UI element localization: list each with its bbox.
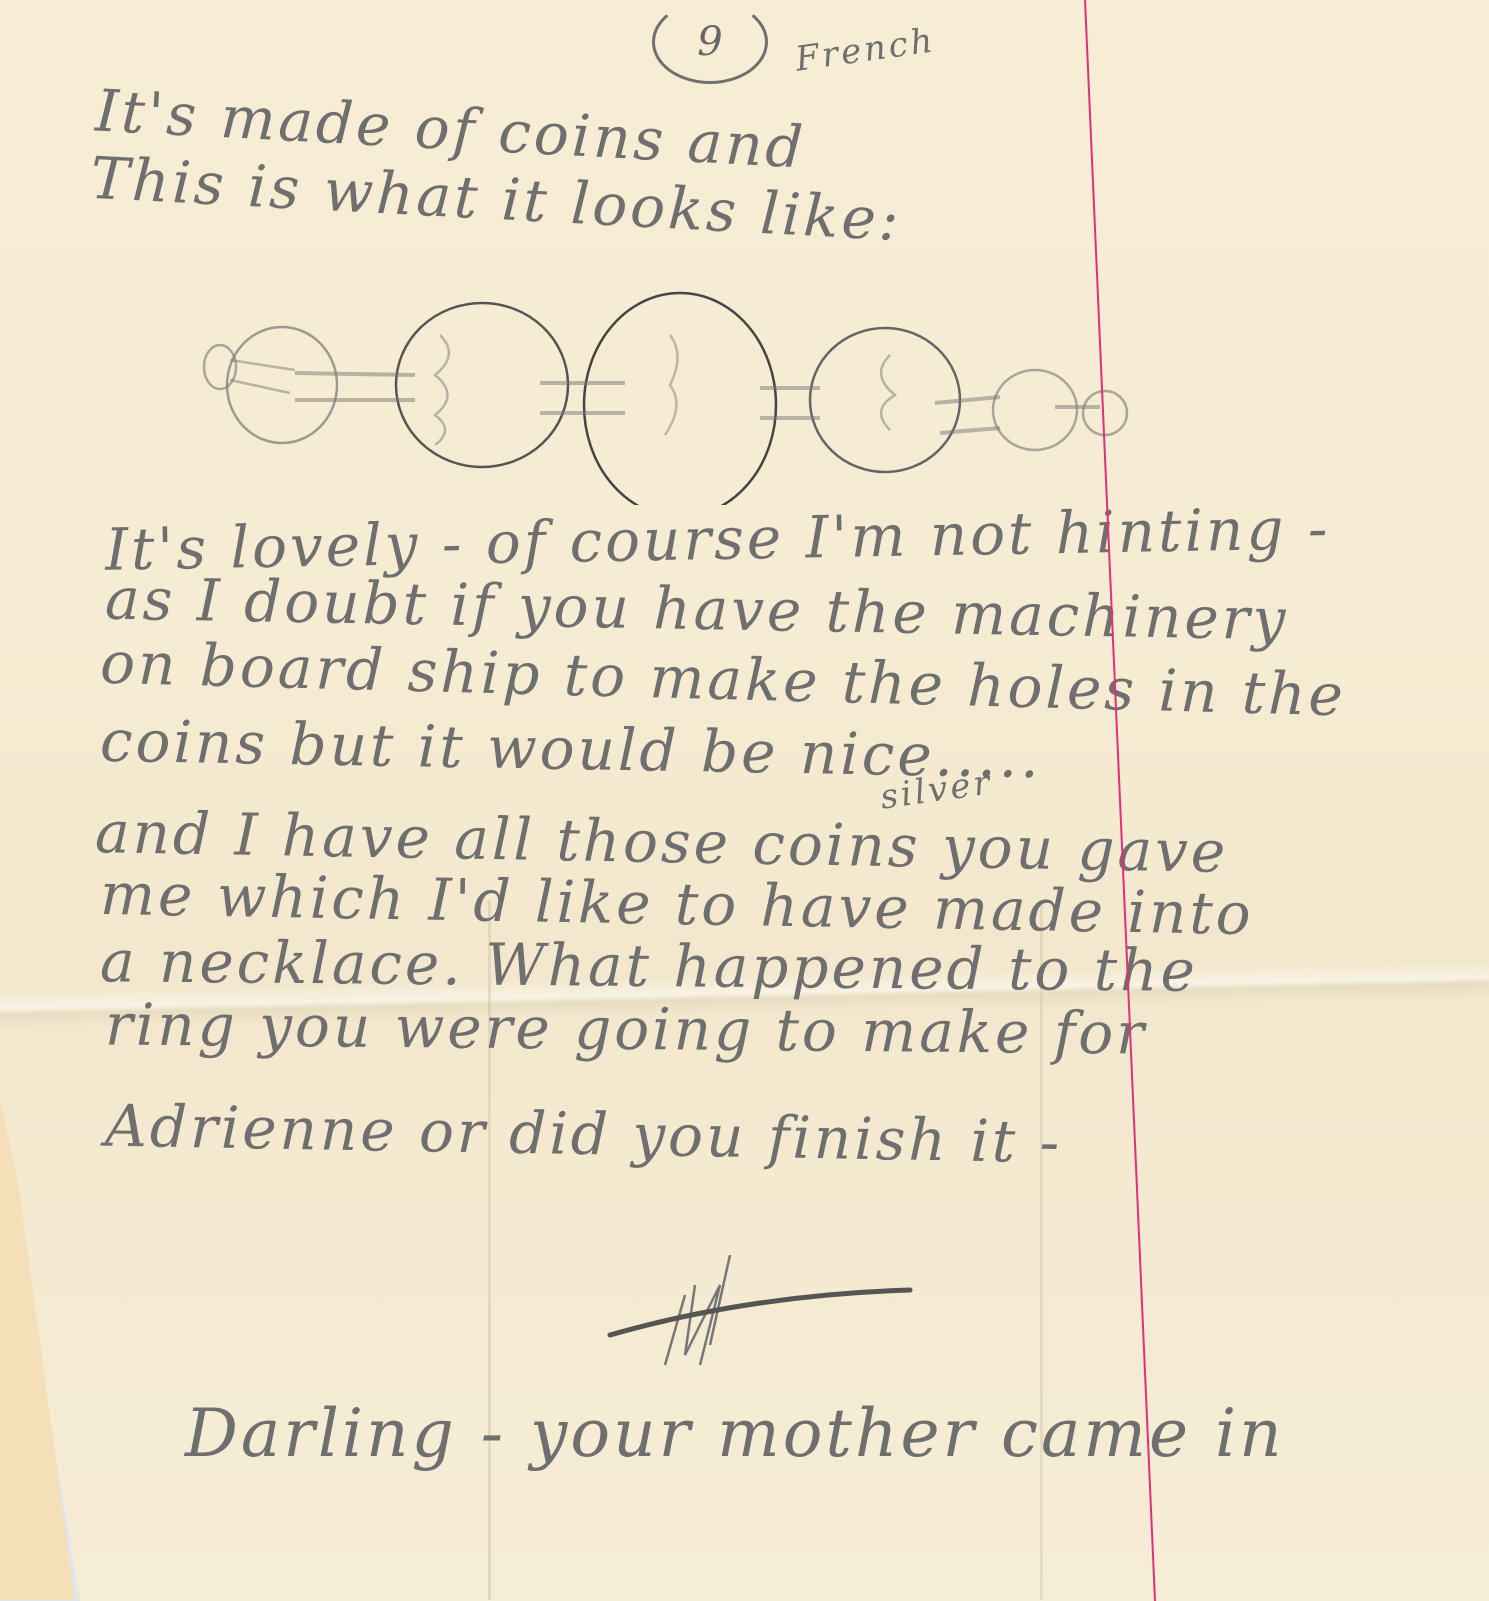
crossed-out-mark: [600, 1255, 930, 1375]
page-number: 9: [697, 19, 722, 65]
text-line-11: Adrienne or did you finish it -: [104, 1092, 1062, 1177]
page-number-circled: 9: [652, 0, 768, 84]
letter-page: 9 French It's made of coins and This is …: [0, 0, 1489, 1601]
text-line-10: ring you were going to make for: [105, 990, 1147, 1067]
necklace-drawing: [200, 285, 1140, 505]
text-line-12: Darling - your mother came in: [185, 1395, 1285, 1472]
insertion-french: French: [793, 20, 938, 79]
